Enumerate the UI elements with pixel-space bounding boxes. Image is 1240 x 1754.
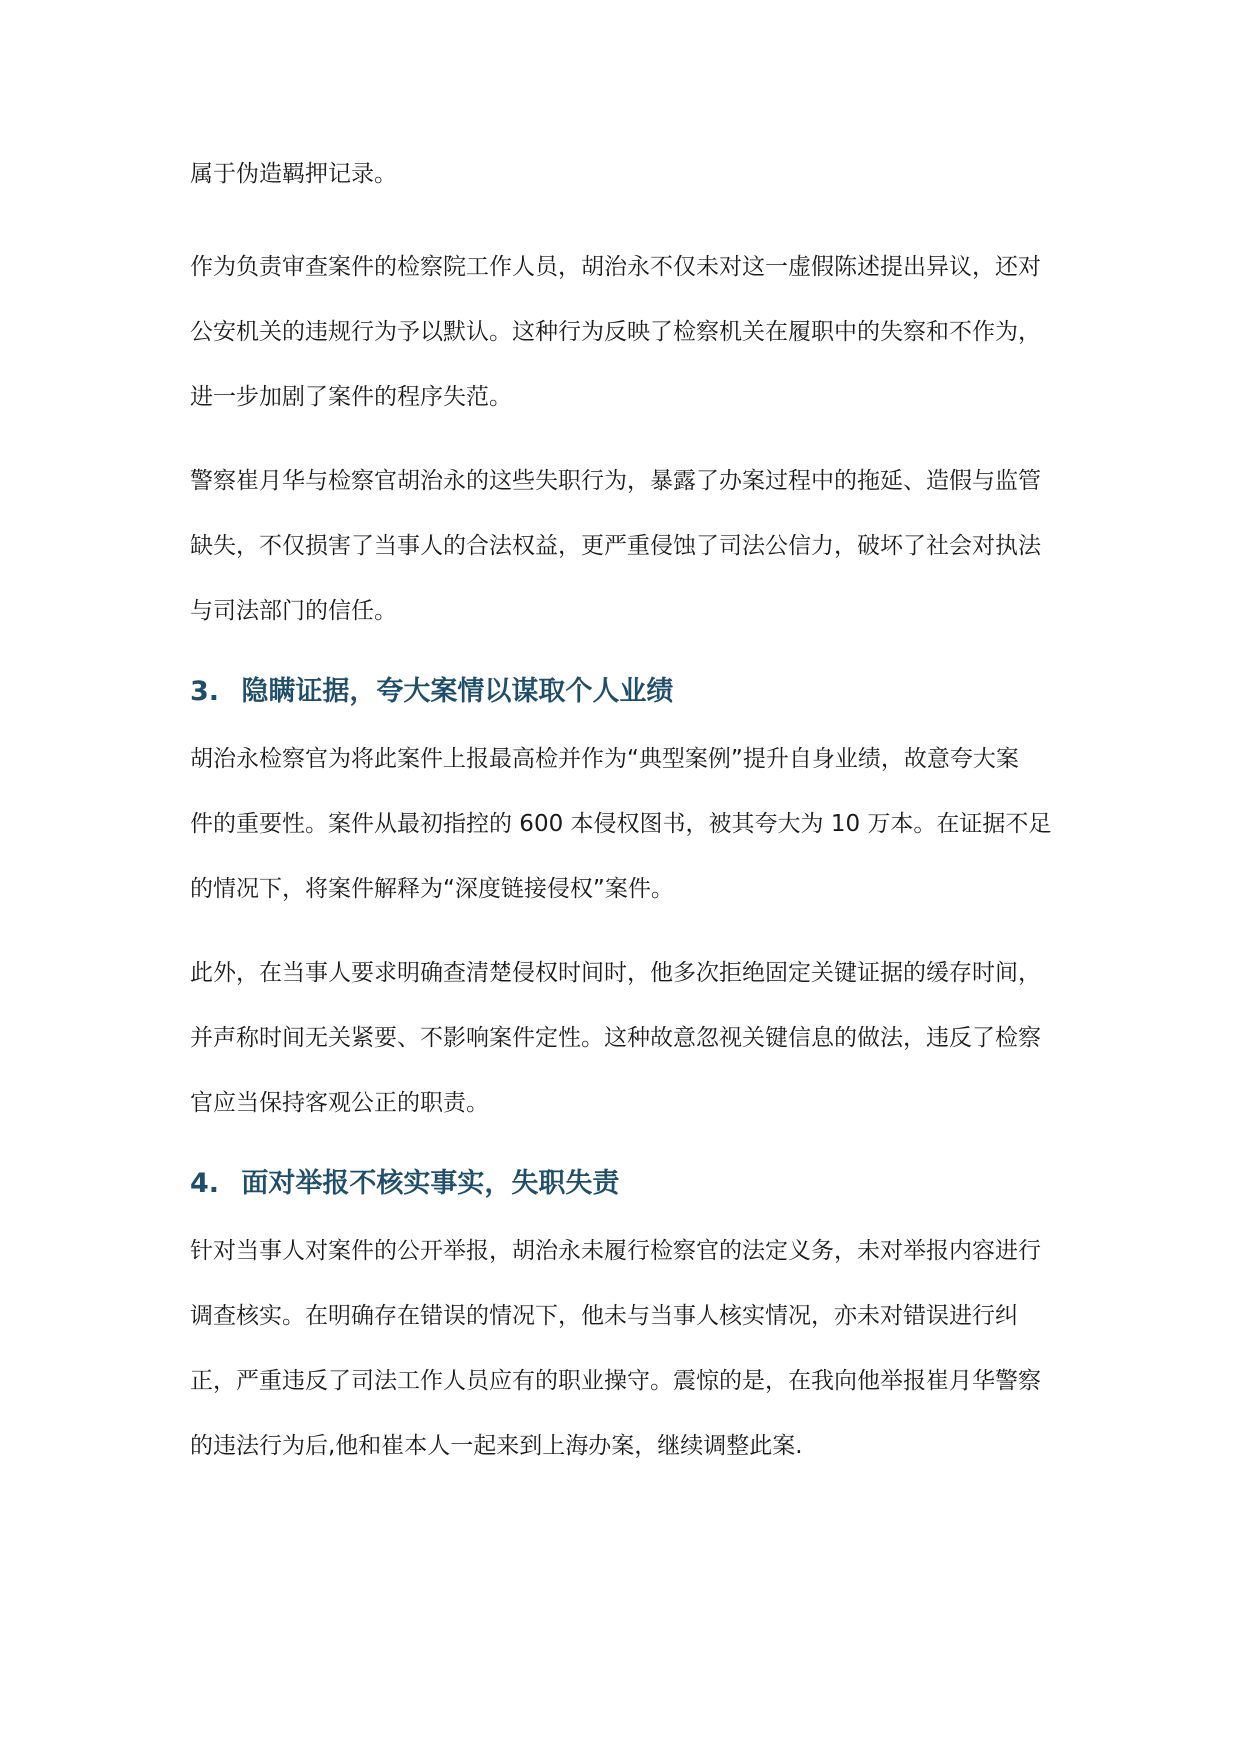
text-line: 官应当保持客观公正的职责。 xyxy=(190,1071,1050,1136)
paragraph-5: 此外，在当事人要求明确查清楚侵权时间时，他多次拒绝固定关键证据的缓存时间， 并声… xyxy=(190,941,1050,1136)
text-line: 正，严重违反了司法工作人员应有的职业操守。震惊的是，在我向他举报崔月华警察 xyxy=(190,1349,1050,1414)
heading-number: 4. xyxy=(190,1164,232,1204)
section-heading-3: 3. 隐瞒证据，夸大案情以谋取个人业绩 xyxy=(190,672,673,712)
text-line: 属于伪造羁押记录。 xyxy=(190,142,1050,207)
section-heading-4: 4. 面对举报不核实事实，失职失责 xyxy=(190,1164,619,1204)
text-line: 的情况下，将案件解释为“深度链接侵权”案件。 xyxy=(190,857,1050,922)
text-line: 进一步加剧了案件的程序失范。 xyxy=(190,365,1050,430)
text-line: 公安机关的违规行为予以默认。这种行为反映了检察机关在履职中的失察和不作为， xyxy=(190,300,1050,365)
paragraph-2: 作为负责审查案件的检察院工作人员，胡治永不仅未对这一虚假陈述提出异议，还对 公安… xyxy=(190,235,1050,430)
text-line: 与司法部门的信任。 xyxy=(190,579,1050,644)
heading-text: 隐瞒证据，夸大案情以谋取个人业绩 xyxy=(241,676,673,707)
text-line: 缺失，不仅损害了当事人的合法权益，更严重侵蚀了司法公信力，破坏了社会对执法 xyxy=(190,514,1050,579)
heading-text: 面对举报不核实事实，失职失责 xyxy=(241,1168,619,1199)
text-line: 的违法行为后,他和崔本人一起来到上海办案，继续调整此案. xyxy=(190,1414,1050,1479)
paragraph-3: 警察崔月华与检察官胡治永的这些失职行为，暴露了办案过程中的拖延、造假与监管 缺失… xyxy=(190,449,1050,644)
text-line: 警察崔月华与检察官胡治永的这些失职行为，暴露了办案过程中的拖延、造假与监管 xyxy=(190,449,1050,514)
paragraph-4: 胡治永检察官为将此案件上报最高检并作为“典型案例”提升自身业绩，故意夸大案 件的… xyxy=(190,727,1050,922)
text-line: 调查核实。在明确存在错误的情况下，他未与当事人核实情况，亦未对错误进行纠 xyxy=(190,1284,1050,1349)
heading-number: 3. xyxy=(190,672,232,712)
text-line: 此外，在当事人要求明确查清楚侵权时间时，他多次拒绝固定关键证据的缓存时间， xyxy=(190,941,1050,1006)
text-line: 胡治永检察官为将此案件上报最高检并作为“典型案例”提升自身业绩，故意夸大案 xyxy=(190,727,1050,792)
text-line: 并声称时间无关紧要、不影响案件定性。这种故意忽视关键信息的做法，违反了检察 xyxy=(190,1006,1050,1071)
text-line: 针对当事人对案件的公开举报，胡治永未履行检察官的法定义务，未对举报内容进行 xyxy=(190,1219,1050,1284)
text-line: 作为负责审查案件的检察院工作人员，胡治永不仅未对这一虚假陈述提出异议，还对 xyxy=(190,235,1050,300)
text-line: 件的重要性。案件从最初指控的 600 本侵权图书，被其夸大为 10 万本。在证据… xyxy=(190,792,1050,857)
paragraph-6: 针对当事人对案件的公开举报，胡治永未履行检察官的法定义务，未对举报内容进行 调查… xyxy=(190,1219,1050,1479)
paragraph-1: 属于伪造羁押记录。 xyxy=(190,142,1050,207)
